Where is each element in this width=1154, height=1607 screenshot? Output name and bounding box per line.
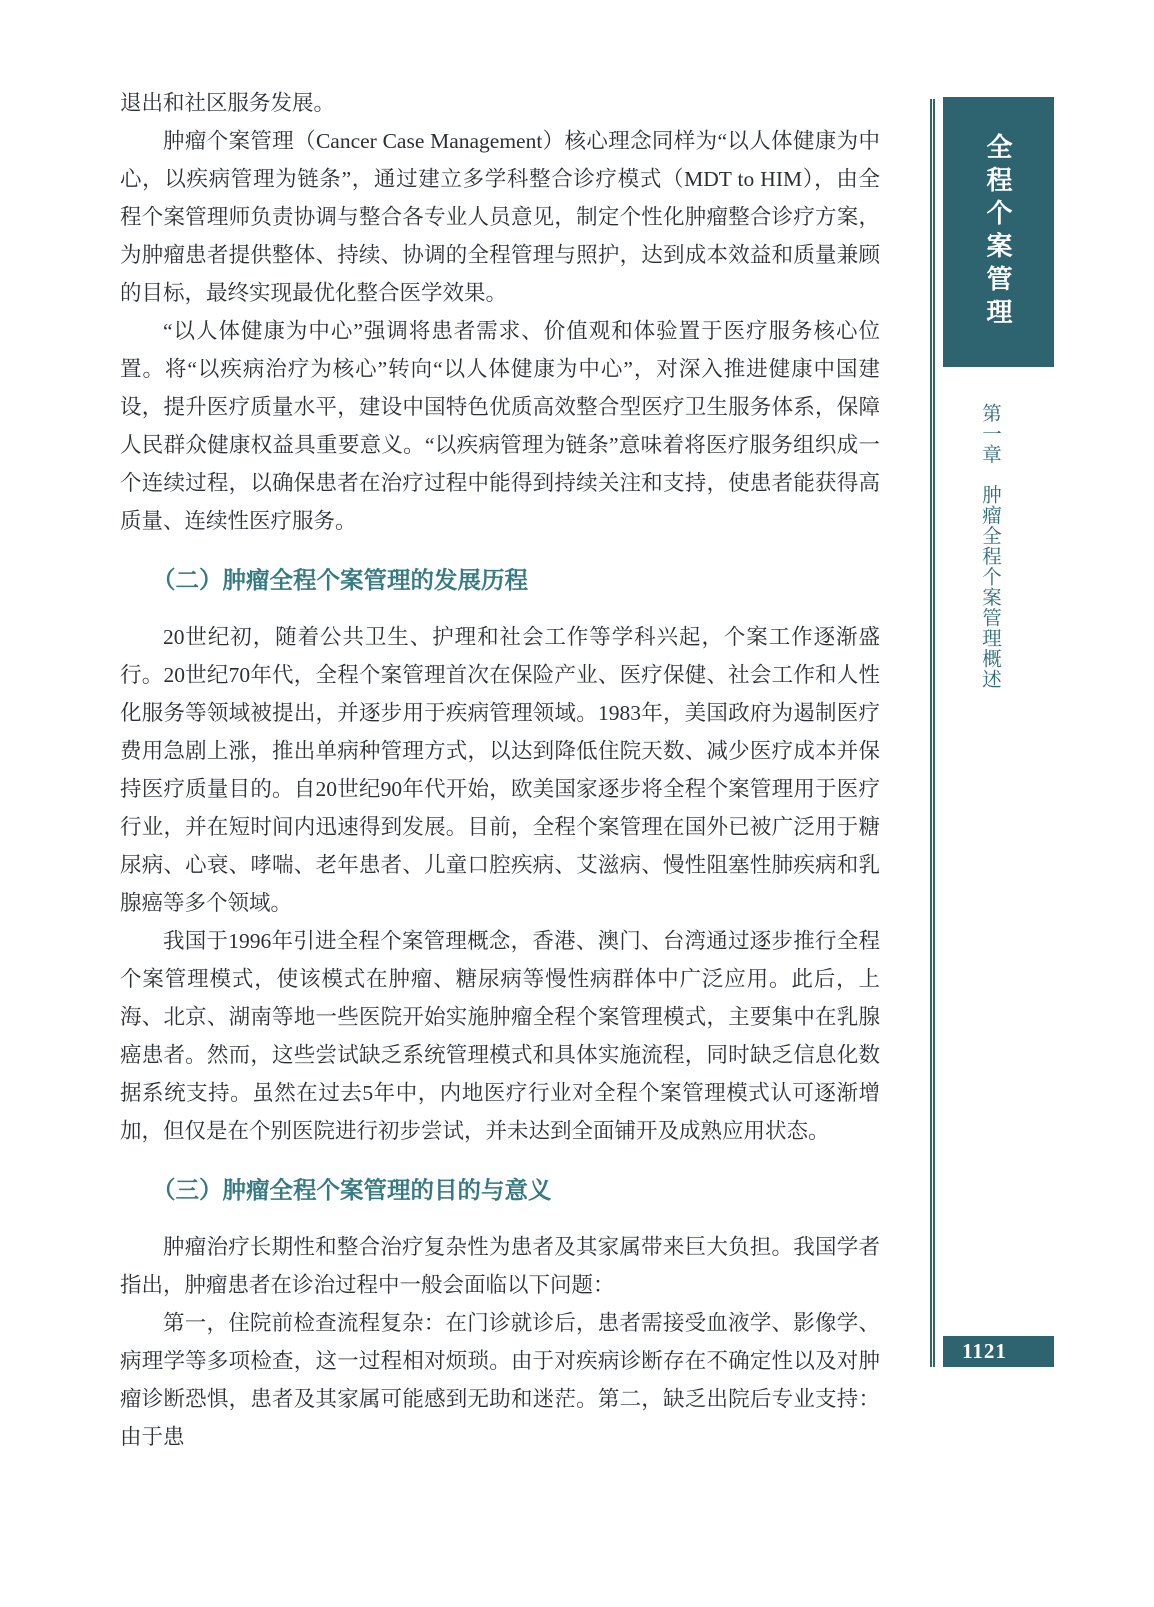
body-paragraph: 20世纪初，随着公共卫生、护理和社会工作等学科兴起，个案工作逐渐盛行。20世纪7… xyxy=(120,618,880,922)
book-page: 退出和社区服务发展。 肿瘤个案管理（Cancer Case Management… xyxy=(0,0,1154,1607)
section-heading-3: （三）肿瘤全程个案管理的目的与意义 xyxy=(152,1174,880,1206)
page-number: 1121 xyxy=(962,1339,1007,1364)
body-paragraph: “以人体健康为中心”强调将患者需求、价值观和体验置于医疗服务核心位置。将“以疾病… xyxy=(120,312,880,540)
body-paragraph: 肿瘤个案管理（Cancer Case Management）核心理念同样为“以人… xyxy=(120,122,880,312)
sidebar-divider-rule xyxy=(930,99,935,1367)
body-paragraph: 肿瘤治疗长期性和整合治疗复杂性为患者及其家属带来巨大负担。我国学者指出，肿瘤患者… xyxy=(120,1228,880,1304)
body-paragraph: 我国于1996年引进全程个案管理概念，香港、澳门、台湾通过逐步推行全程个案管理模… xyxy=(120,922,880,1150)
body-paragraph: 退出和社区服务发展。 xyxy=(120,84,880,122)
part-tab: 全程个案管理 xyxy=(943,97,1054,367)
page-body: 退出和社区服务发展。 肿瘤个案管理（Cancer Case Management… xyxy=(120,84,880,1456)
body-paragraph: 第一，住院前检查流程复杂：在门诊就诊后，患者需接受血液学、影像学、病理学等多项检… xyxy=(120,1304,880,1456)
page-number-badge: 1121 xyxy=(943,1336,1054,1367)
part-tab-label: 全程个案管理 xyxy=(980,133,1017,331)
chapter-number: 第一章 xyxy=(979,403,1000,465)
section-heading-2: （二）肿瘤全程个案管理的发展历程 xyxy=(152,564,880,596)
chapter-title: 肿瘤全程个案管理概述 xyxy=(979,485,1000,690)
chapter-sidebar: 第一章肿瘤全程个案管理概述 xyxy=(975,403,1003,690)
